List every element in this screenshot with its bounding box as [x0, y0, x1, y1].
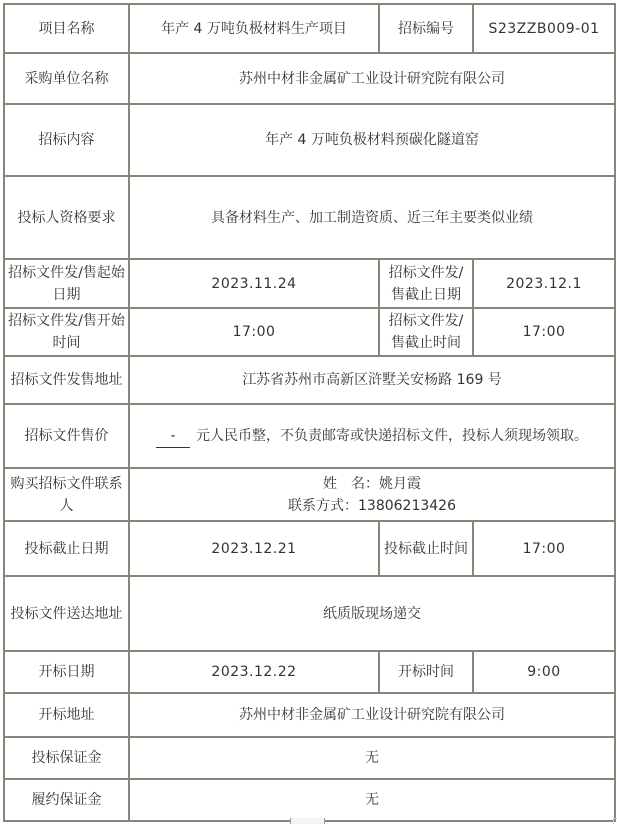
row-sale-address: 招标文件发售地址 江苏省苏州市高新区浒墅关安杨路 169 号 — [4, 356, 615, 404]
row-bid-bond: 投标保证金 无 — [4, 737, 615, 779]
purchaser-value: 苏州中材非金属矿工业设计研究院有限公司 — [129, 53, 615, 104]
delivery-address-value: 纸质版现场递交 — [129, 576, 615, 651]
row-sale-times: 招标文件发/售开始时间 17:00 招标文件发/售截止时间 17:00 — [4, 308, 615, 356]
row-delivery-address: 投标文件送达地址 纸质版现场递交 — [4, 576, 615, 651]
sale-start-time-value: 17:00 — [129, 308, 379, 356]
sale-address-value: 江苏省苏州市高新区浒墅关安杨路 169 号 — [129, 356, 615, 404]
bid-deadline-date-label: 投标截止日期 — [4, 521, 129, 576]
qualification-label: 投标人资格要求 — [4, 176, 129, 259]
opening-address-value: 苏州中材非金属矿工业设计研究院有限公司 — [129, 693, 615, 737]
bid-bond-label: 投标保证金 — [4, 737, 129, 779]
qualification-value: 具备材料生产、加工制造资质、近三年主要类似业绩 — [129, 176, 615, 259]
bid-number-label: 招标编号 — [379, 4, 473, 53]
purchaser-label: 采购单位名称 — [4, 53, 129, 104]
bid-deadline-date-value: 2023.12.21 — [129, 521, 379, 576]
price-text: 元人民币整，不负责邮寄或快递招标文件，投标人须现场领取。 — [196, 428, 588, 444]
delivery-address-label: 投标文件送达地址 — [4, 576, 129, 651]
row-opening-address: 开标地址 苏州中材非金属矿工业设计研究院有限公司 — [4, 693, 615, 737]
row-performance-bond: 履约保证金 无 — [4, 779, 615, 821]
content-value: 年产 4 万吨负极材料预碳化隧道窑 — [129, 104, 615, 176]
project-name-value: 年产 4 万吨负极材料生产项目 — [129, 4, 379, 53]
sale-end-time-value: 17:00 — [473, 308, 615, 356]
row-price: 招标文件售价 -元人民币整，不负责邮寄或快递招标文件，投标人须现场领取。 — [4, 404, 615, 468]
price-value: -元人民币整，不负责邮寄或快递招标文件，投标人须现场领取。 — [129, 404, 615, 468]
row-qualification: 投标人资格要求 具备材料生产、加工制造资质、近三年主要类似业绩 — [4, 176, 615, 259]
bid-bond-value: 无 — [129, 737, 615, 779]
content-label: 招标内容 — [4, 104, 129, 176]
tender-info-table: 项目名称 年产 4 万吨负极材料生产项目 招标编号 S23ZZB009-01 采… — [3, 3, 616, 822]
row-content: 招标内容 年产 4 万吨负极材料预碳化隧道窑 — [4, 104, 615, 176]
row-purchaser: 采购单位名称 苏州中材非金属矿工业设计研究院有限公司 — [4, 53, 615, 104]
project-name-label: 项目名称 — [4, 4, 129, 53]
performance-bond-value: 无 — [129, 779, 615, 821]
contact-phone: 联系方式：13806213426 — [132, 495, 612, 517]
sale-end-date-label: 招标文件发/售截止日期 — [379, 259, 473, 308]
row-bid-deadline: 投标截止日期 2023.12.21 投标截止时间 17:00 — [4, 521, 615, 576]
sale-start-time-label: 招标文件发/售开始时间 — [4, 308, 129, 356]
opening-time-value: 9:00 — [473, 651, 615, 693]
price-label: 招标文件售价 — [4, 404, 129, 468]
contact-label: 购买招标文件联系人 — [4, 468, 129, 521]
bid-deadline-time-value: 17:00 — [473, 521, 615, 576]
bid-number-value: S23ZZB009-01 — [473, 4, 615, 53]
sale-end-time-label: 招标文件发/售截止时间 — [379, 308, 473, 356]
sale-address-label: 招标文件发售地址 — [4, 356, 129, 404]
opening-address-label: 开标地址 — [4, 693, 129, 737]
opening-time-label: 开标时间 — [379, 651, 473, 693]
contact-value: 姓 名：姚月霞 联系方式：13806213426 — [129, 468, 615, 521]
performance-bond-label: 履约保证金 — [4, 779, 129, 821]
sale-end-date-value: 2023.12.1 — [473, 259, 615, 308]
bid-deadline-time-label: 投标截止时间 — [379, 521, 473, 576]
row-opening: 开标日期 2023.12.22 开标时间 9:00 — [4, 651, 615, 693]
opening-date-label: 开标日期 — [4, 651, 129, 693]
sale-start-date-value: 2023.11.24 — [129, 259, 379, 308]
price-blank: - — [156, 425, 190, 448]
contact-name: 姓 名：姚月霞 — [132, 473, 612, 495]
resize-corner — [613, 818, 617, 824]
sale-start-date-label: 招标文件发/售起始日期 — [4, 259, 129, 308]
row-sale-dates: 招标文件发/售起始日期 2023.11.24 招标文件发/售截止日期 2023.… — [4, 259, 615, 308]
page-footer-fragment — [290, 818, 325, 824]
opening-date-value: 2023.12.22 — [129, 651, 379, 693]
row-contact: 购买招标文件联系人 姓 名：姚月霞 联系方式：13806213426 — [4, 468, 615, 521]
row-project-name: 项目名称 年产 4 万吨负极材料生产项目 招标编号 S23ZZB009-01 — [4, 4, 615, 53]
